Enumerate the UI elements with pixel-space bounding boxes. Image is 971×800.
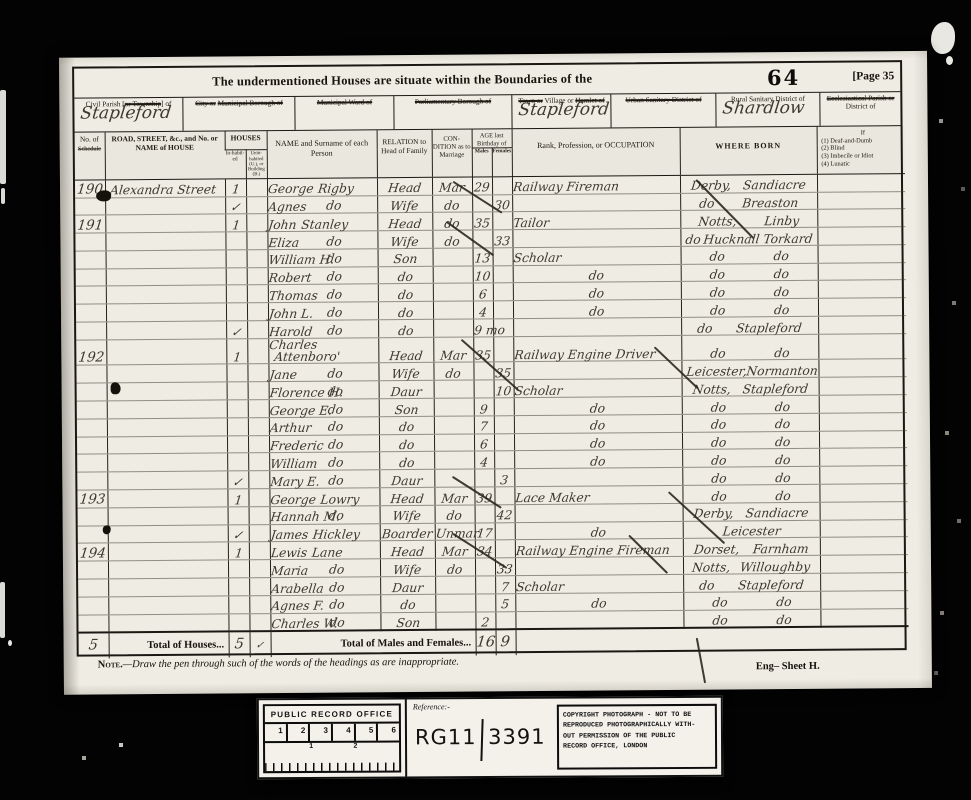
cell-houses-inhabited: ✓ (225, 196, 246, 214)
col-header-males: Males (472, 148, 492, 176)
cell-occupation: Scholar (513, 246, 681, 265)
cell-condition (433, 266, 473, 284)
cell-houses-uninhabited (246, 214, 267, 232)
cell-road-street (108, 596, 228, 615)
col-header-occupation: Rank, Profession, or OCCUPATION (512, 128, 680, 177)
cell-relation: Son (380, 612, 435, 630)
cell-infirmity (818, 359, 906, 377)
cell-road-street (107, 489, 227, 508)
cell-condition: do (432, 230, 472, 248)
cell-schedule-number (76, 251, 106, 269)
cell-condition (434, 380, 474, 398)
cell-infirmity (820, 519, 908, 537)
cell-houses-inhabited: ✓ (227, 471, 248, 489)
cell-relation: Head (379, 487, 434, 505)
cell-schedule-number (77, 437, 107, 455)
cell-houses-uninhabited (249, 578, 270, 596)
cell-age-male: 2 (475, 611, 495, 629)
cell-age-female (493, 337, 513, 363)
cell-infirmity (819, 430, 907, 448)
col-header-uninhabited: Unin-habited (U.), or Building (B.) (246, 150, 267, 178)
cell-relation: Daur (380, 576, 435, 594)
cell-relation: Son (378, 248, 433, 266)
district-label: Ecclesiastical Parish or District of (821, 92, 901, 111)
cell-schedule-number (78, 579, 108, 597)
cell-road-street (107, 382, 227, 401)
cell-where-born: doStapleford (681, 316, 818, 335)
cell-road-street (105, 232, 225, 251)
cell-houses-uninhabited (248, 435, 269, 453)
cell-condition: do (435, 505, 475, 523)
cell-occupation (514, 468, 682, 487)
copyright-section: COPYRIGHT PHOTOGRAPH - NOT TO BEREPRODUC… (553, 698, 721, 776)
cell-age-female (493, 265, 513, 283)
cell-person-name: Agnes F.do (270, 595, 380, 614)
cell-condition: Mar (433, 337, 473, 363)
film-speck (8, 640, 12, 646)
microfilm-scan: The undermentioned Houses are situate wi… (0, 0, 971, 800)
cell-houses-inhabited (226, 285, 247, 303)
cell-houses-inhabited: 1 (225, 214, 246, 232)
cell-houses-inhabited: ✓ (226, 321, 247, 339)
cell-occupation: do (514, 432, 682, 451)
cell-houses-uninhabited (249, 595, 270, 613)
cell-relation: Head (377, 177, 432, 195)
cell-houses-inhabited (228, 578, 249, 596)
cell-houses-uninhabited (247, 285, 268, 303)
cell-age-female (495, 611, 515, 629)
cell-road-street: Alexandra Street (105, 179, 225, 198)
cell-schedule-number: 191 (75, 215, 105, 233)
col-header-road: ROAD, STREET, &c., and No. or NAME of HO… (105, 131, 225, 179)
cell-houses-uninhabited (247, 267, 268, 285)
district-cell-6: Rural Sanitary District ofShardlow (716, 93, 821, 127)
cell-condition: Mar (432, 177, 472, 195)
cell-where-born: dodo (682, 395, 819, 414)
cell-where-born: dodo (681, 263, 818, 282)
cell-houses-uninhabited (249, 524, 270, 542)
cell-relation: do (378, 266, 433, 284)
film-scratch (0, 90, 6, 184)
cell-where-born: doStapleford (683, 573, 820, 592)
cell-road-street (107, 471, 227, 490)
cell-age-male: 6 (473, 283, 493, 301)
cell-infirmity (818, 333, 906, 359)
cell-age-male (474, 469, 494, 487)
cell-schedule-number (76, 365, 106, 383)
cell-houses-inhabited (226, 250, 247, 268)
cell-condition: do (435, 558, 475, 576)
cell-age-female (494, 433, 514, 451)
cell-houses-inhabited: 1 (226, 339, 247, 365)
cell-houses-uninhabited (249, 560, 270, 578)
col-header-inhabited: In-habit-ed (225, 150, 246, 178)
col-header-females: Females (492, 148, 512, 176)
page-number-label: [Page 35 (852, 70, 894, 82)
cell-age-male (472, 230, 492, 248)
cell-road-street (107, 436, 227, 455)
cell-age-female: 33 (492, 230, 512, 248)
cell-person-name: George E.do (269, 399, 379, 418)
cell-infirmity (820, 608, 908, 626)
cell-infirmity (818, 262, 906, 280)
cell-age-male (475, 505, 495, 523)
cell-person-name: JamesHickley (270, 523, 380, 542)
cell-houses-uninhabited (246, 178, 267, 196)
cell-houses-uninhabited (247, 249, 268, 267)
district-label: Parliamentary Borough of (395, 95, 512, 106)
cell-where-born: Dorset,Farnham (683, 538, 820, 557)
cell-schedule-number (77, 401, 107, 419)
cell-occupation: Scholar (515, 574, 683, 593)
cell-road-street (108, 614, 228, 633)
totals-houses-label: Total of Houses... (109, 631, 229, 658)
totals-females-value: 9 (496, 629, 516, 655)
cell-relation: Daur (379, 381, 434, 399)
district-handwritten-value: Stapleford (517, 101, 609, 119)
cell-houses-inhabited (228, 560, 249, 578)
pro-scale-numbers: 123456 (265, 723, 399, 743)
district-cell-0: Civil Parish [or Township] ofStapleford (74, 98, 184, 132)
cell-age-male: 10 (473, 266, 493, 284)
cell-infirmity (818, 298, 906, 316)
cell-houses-uninhabited (249, 613, 270, 631)
form-footnote: Note.—Draw the pen through such of the w… (98, 657, 459, 671)
cell-age-female (494, 416, 514, 434)
cell-infirmity (817, 227, 905, 245)
cell-occupation: do (514, 450, 682, 469)
cell-houses-uninhabited (248, 453, 269, 471)
cell-occupation: do (513, 282, 681, 301)
district-cell-5: Urban Sanitary District of (612, 94, 717, 128)
cell-person-name: LewisLane (270, 541, 380, 560)
cell-person-name: Robertdo (268, 266, 378, 285)
cell-houses-inhabited (228, 507, 249, 525)
cell-where-born: Notts,Linby (680, 210, 817, 229)
cell-houses-uninhabited (246, 196, 267, 214)
cell-person-name: William H.do (268, 249, 378, 268)
cell-age-male: 6 (474, 433, 494, 451)
cell-person-name: Agnesdo (267, 195, 377, 214)
cell-occupation: do (513, 264, 681, 283)
cell-age-male (475, 594, 495, 612)
cell-occupation (515, 503, 683, 522)
cell-where-born: dodo (683, 591, 820, 610)
cell-where-born: doBreaston (680, 192, 817, 211)
cell-houses-inhabited (227, 418, 248, 436)
cell-where-born: dodo (681, 281, 818, 300)
film-speck (946, 56, 953, 65)
cell-condition (434, 451, 474, 469)
cell-road-street (106, 364, 226, 383)
cell-occupation: Lace Maker (514, 485, 682, 504)
pro-scale-box: PUBLIC RECORD OFFICE 123456 12 (263, 703, 401, 773)
cell-houses-inhabited (225, 232, 246, 250)
cell-schedule-number (77, 419, 107, 437)
cell-age-male: 9 (474, 398, 494, 416)
cell-age-female (494, 451, 514, 469)
cell-houses-inhabited: 1 (228, 542, 249, 560)
cell-age-female (492, 176, 512, 194)
cell-houses-inhabited (227, 382, 248, 400)
cell-houses-inhabited (226, 364, 247, 382)
cell-condition: do (433, 362, 473, 380)
cell-person-name: Harolddo (268, 320, 378, 339)
district-label: Municipal Ward of (295, 96, 394, 107)
cell-houses-uninhabited (249, 506, 270, 524)
cell-where-born: dodo (681, 334, 818, 361)
cell-houses-inhabited: ✓ (228, 524, 249, 542)
cell-age-female (494, 398, 514, 416)
cell-condition: Unmar (435, 523, 475, 541)
cell-houses-uninhabited (248, 382, 269, 400)
film-noise (0, 0, 2, 2)
cell-age-female (495, 522, 515, 540)
cell-condition: do (432, 194, 472, 212)
cell-houses-uninhabited (248, 489, 269, 507)
cell-person-name: Thomasdo (268, 284, 378, 303)
cell-where-born: dodo (682, 449, 819, 468)
district-cell-7: Ecclesiastical Parish or District of (821, 92, 901, 126)
cell-houses-inhabited: 1 (225, 178, 246, 196)
cell-person-name: Florence H.do (269, 381, 379, 400)
cell-infirmity (819, 466, 907, 484)
cell-where-born: Leicester,Normanton (681, 360, 818, 379)
ink-blot (96, 190, 111, 201)
cell-houses-uninhabited (247, 364, 268, 382)
totals-males-value: 16 (476, 629, 496, 655)
cell-road-street (108, 525, 228, 544)
cell-relation: Daur (379, 470, 434, 488)
census-table-body: 190Alexandra Street1GeorgeRigbyHeadMar29… (75, 173, 909, 632)
cell-infirmity (818, 316, 906, 334)
cell-houses-inhabited (227, 400, 248, 418)
cell-schedule-number: 192 (76, 340, 106, 366)
cell-occupation (513, 317, 681, 336)
cell-where-born: dodo (682, 484, 819, 503)
col-header-relation: RELATION to Head of Family (377, 130, 432, 178)
cell-relation: do (378, 284, 433, 302)
form-headline: The undermentioned Houses are situate wi… (74, 70, 730, 90)
cell-person-name: Arabellado (270, 577, 380, 596)
cell-road-street (105, 214, 225, 233)
cell-person-name: Hannah M.do (270, 506, 380, 525)
cell-age-male: 4 (473, 301, 493, 319)
cell-houses-inhabited (227, 435, 248, 453)
pro-ruler: 12 (265, 742, 399, 771)
cell-where-born: dodo (682, 413, 819, 432)
cell-houses-uninhabited (248, 471, 269, 489)
cell-infirmity (818, 280, 906, 298)
cell-condition (433, 301, 473, 319)
cell-schedule-number (77, 454, 107, 472)
cell-person-name: Arthurdo (269, 417, 379, 436)
cell-houses-inhabited (226, 303, 247, 321)
district-label: Urban Sanitary District of (612, 94, 716, 105)
cell-houses-uninhabited (247, 303, 268, 321)
cell-where-born: dodo (683, 609, 820, 628)
cell-age-male (474, 380, 494, 398)
totals-margin-note: 5 (79, 632, 109, 658)
cell-person-name: GeorgeLowry (269, 488, 379, 507)
totals-houses-tick: ✓ (250, 631, 271, 657)
cell-schedule-number (78, 561, 108, 579)
cell-infirmity (820, 573, 908, 591)
cell-houses-uninhabited (249, 542, 270, 560)
cell-relation: Wife (377, 195, 432, 213)
cell-houses-inhabited (228, 596, 249, 614)
cell-schedule-number: 194 (78, 543, 108, 561)
cell-occupation: do (515, 592, 683, 611)
totals-houses-value: 5 (229, 631, 250, 657)
cell-road-street (106, 285, 226, 304)
cell-age-female (493, 301, 513, 319)
cell-road-street (106, 268, 226, 287)
col-header-where-born: WHERE BORN (680, 127, 817, 175)
cell-schedule-number (77, 472, 107, 490)
cell-road-street (106, 321, 226, 340)
cell-schedule-number (76, 322, 106, 340)
cell-where-born: dodo (682, 431, 819, 450)
cell-infirmity (817, 173, 905, 191)
cell-age-male: 29 (472, 177, 492, 195)
district-label: City or Municipal Borough of (184, 97, 295, 108)
cell-where-born: doHucknall Torkard (680, 227, 817, 246)
cell-road-street (106, 303, 226, 322)
cell-condition: Mar (434, 487, 474, 505)
cell-infirmity (820, 555, 908, 573)
sheet-label: Eng– Sheet H. (756, 661, 820, 673)
cell-condition (435, 594, 475, 612)
cell-occupation: do (513, 300, 681, 319)
cell-houses-inhabited: 1 (227, 489, 248, 507)
cell-person-name: Charles W.do (270, 612, 380, 631)
cell-relation: Head (377, 213, 432, 231)
cell-schedule-number: 193 (77, 490, 107, 508)
cell-infirmity (820, 501, 908, 519)
cell-relation: Boarder (380, 523, 435, 541)
cell-condition (435, 576, 475, 594)
cell-infirmity (820, 537, 908, 555)
cell-relation: Wife (377, 230, 432, 248)
cell-age-male: 35 (472, 212, 492, 230)
cell-condition (433, 283, 473, 301)
cell-schedule-number (76, 304, 106, 322)
cell-age-female (494, 487, 514, 505)
cell-person-name: GeorgeRigby (267, 177, 377, 196)
cell-infirmity (818, 244, 906, 262)
totals-empty-cells (516, 626, 909, 655)
cell-where-born: dodo (681, 245, 818, 264)
cell-occupation: Railway Fireman (512, 175, 680, 194)
pro-scale-section: PUBLIC RECORD OFFICE 123456 12 (259, 699, 407, 777)
cell-occupation (513, 361, 681, 380)
cell-road-street (108, 542, 228, 561)
district-cell-1: City or Municipal Borough of (184, 97, 296, 131)
cell-age-male: 17 (475, 522, 495, 540)
cell-occupation (515, 610, 683, 629)
cell-person-name: Elizado (267, 231, 377, 250)
cell-infirmity (820, 590, 908, 608)
cell-relation: Son (379, 398, 434, 416)
cell-occupation: do (514, 414, 682, 433)
col-header-name: NAME and Surname of each Person (267, 130, 377, 178)
cell-houses-inhabited (226, 267, 247, 285)
cell-condition (435, 612, 475, 630)
cell-road-street (107, 418, 227, 437)
cell-road-street (107, 453, 227, 472)
cell-relation: do (379, 452, 434, 470)
cell-road-street (108, 560, 228, 579)
cell-road-street (108, 507, 228, 526)
district-cell-2: Municipal Ward of (295, 96, 395, 130)
cell-relation: Head (378, 337, 433, 363)
cell-person-name: Mariado (270, 559, 380, 578)
cell-where-born: Derby,Sandiacre (683, 502, 820, 521)
cell-infirmity (819, 395, 907, 413)
cell-person-name: Williamdo (269, 452, 379, 471)
cell-condition (433, 248, 473, 266)
cell-road-street (106, 339, 226, 366)
cell-age-male: 9 mo (473, 319, 493, 337)
cell-houses-uninhabited (248, 417, 269, 435)
folio-number-stamp: 64 (767, 65, 800, 90)
cell-schedule-number (78, 508, 108, 526)
col-header-age: AGE last Birthday of (472, 129, 512, 148)
col-header-condition: CON-DITION as to Marriage (432, 129, 472, 177)
cell-age-female: 3 (494, 469, 514, 487)
cell-relation: Wife (380, 505, 435, 523)
totals-row: 5 Total of Houses... 5 ✓ Total of Males … (79, 626, 909, 659)
cell-relation: do (379, 416, 434, 434)
cell-condition (434, 434, 474, 452)
cell-age-female (493, 283, 513, 301)
cell-age-female: 7 (495, 576, 515, 594)
cell-schedule-number (76, 286, 106, 304)
cell-schedule-number (77, 383, 107, 401)
cell-road-street (106, 250, 226, 269)
cell-condition (433, 319, 473, 337)
cell-person-name: CharlesAttenboro' (268, 338, 378, 364)
cell-relation: do (378, 319, 433, 337)
cell-occupation: Railway Engine Fireman (515, 539, 683, 558)
cell-occupation (512, 193, 680, 212)
cell-relation: Head (380, 541, 435, 559)
cell-schedule-number (76, 269, 106, 287)
cell-where-born: dodo (681, 299, 818, 318)
district-handwritten-value: Stapleford (79, 105, 171, 123)
cell-person-name: Mary E.do (269, 470, 379, 489)
film-scratch (1, 188, 5, 204)
col-header-houses: HOUSES (225, 131, 267, 150)
cell-age-male (475, 576, 495, 594)
cell-age-female: 5 (495, 593, 515, 611)
totals-males-females-label: Total of Males and Females... (271, 629, 476, 657)
col-header-schedule: No. of Schedule (75, 132, 105, 179)
col-header-infirmity: If(1) Deaf-and-Dumb(2) Blind(3) Imbecile… (817, 126, 905, 174)
pro-office-title: PUBLIC RECORD OFFICE (265, 705, 399, 724)
cell-where-born: Notts,Willoughby (683, 556, 820, 575)
film-speck (931, 22, 955, 54)
cell-relation: do (379, 434, 434, 452)
cell-occupation: Tailor (512, 211, 680, 230)
cell-schedule-number (78, 597, 108, 615)
cell-occupation (512, 228, 680, 247)
district-cell-3: Parliamentary Borough of (395, 95, 513, 129)
cell-age-female (495, 540, 515, 558)
cell-schedule-number (78, 614, 108, 632)
cell-age-male (475, 558, 495, 576)
